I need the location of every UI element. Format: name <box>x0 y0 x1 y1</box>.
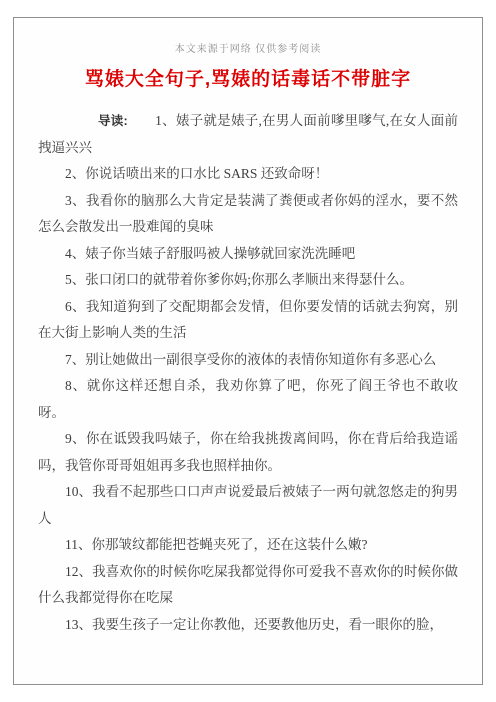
document-canvas: 本文来源于网络 仅供参考阅读 骂婊大全句子,骂婊的话毒话不带脏字 导读:1、婊子… <box>0 0 496 702</box>
paragraph: 7、别让她做出一副很享受你的液体的表情你知道你有多恶心么 <box>38 347 458 374</box>
document-page: 本文来源于网络 仅供参考阅读 骂婊大全句子,骂婊的话毒话不带脏字 导读:1、婊子… <box>13 17 483 685</box>
paragraph: 8、就你这样还想自杀，我劝你算了吧，你死了阎王爷也不敢收呀。 <box>38 373 458 426</box>
paragraph: 11、你那皱纹都能把苍蝇夹死了，还在这装什么嫩? <box>38 532 458 559</box>
paragraph-lead: 导读:1、婊子就是婊子,在男人面前嗲里嗲气,在女人面前拽逼兴兴 <box>38 108 458 161</box>
article-body: 导读:1、婊子就是婊子,在男人面前嗲里嗲气,在女人面前拽逼兴兴 2、你说话喷出来… <box>38 108 458 638</box>
paragraph: 5、张口闭口的就带着你爹你妈;你那么孝顺出来得瑟什么。 <box>38 267 458 294</box>
paragraph: 12、我喜欢你的时候你吃屎我都觉得你可爱我不喜欢你的时候你做什么我都觉得你在吃屎 <box>38 559 458 612</box>
source-note: 本文来源于网络 仅供参考阅读 <box>38 40 458 55</box>
page-title: 骂婊大全句子,骂婊的话毒话不带脏字 <box>38 64 458 91</box>
paragraph: 9、你在诋毁我吗婊子，你在给我挑拨离间吗，你在背后给我造谣吗，我管你哥哥姐姐再多… <box>38 426 458 479</box>
paragraph: 6、我知道狗到了交配期都会发情，但你要发情的话就去狗窝，别在大街上影响人类的生活 <box>38 294 458 347</box>
paragraph: 2、你说话喷出来的口水比 SARS 还致命呀！ <box>38 161 458 188</box>
paragraph: 10、我看不起那些口口声声说爱最后被婊子一两句就忽悠走的狗男人 <box>38 479 458 532</box>
paragraph: 3、我看你的脑那么大肯定是装满了粪便或者你妈的淫水，要不然怎么会散发出一股难闻的… <box>38 188 458 241</box>
paragraph: 4、婊子你当婊子舒服吗被人操够就回家洗洗睡吧 <box>38 241 458 268</box>
lead-label: 导读: <box>98 114 128 128</box>
page-content: 本文来源于网络 仅供参考阅读 骂婊大全句子,骂婊的话毒话不带脏字 导读:1、婊子… <box>14 18 482 638</box>
paragraph: 13、我要生孩子一定让你教他，还要教他历史，看一眼你的脸， <box>38 612 458 639</box>
